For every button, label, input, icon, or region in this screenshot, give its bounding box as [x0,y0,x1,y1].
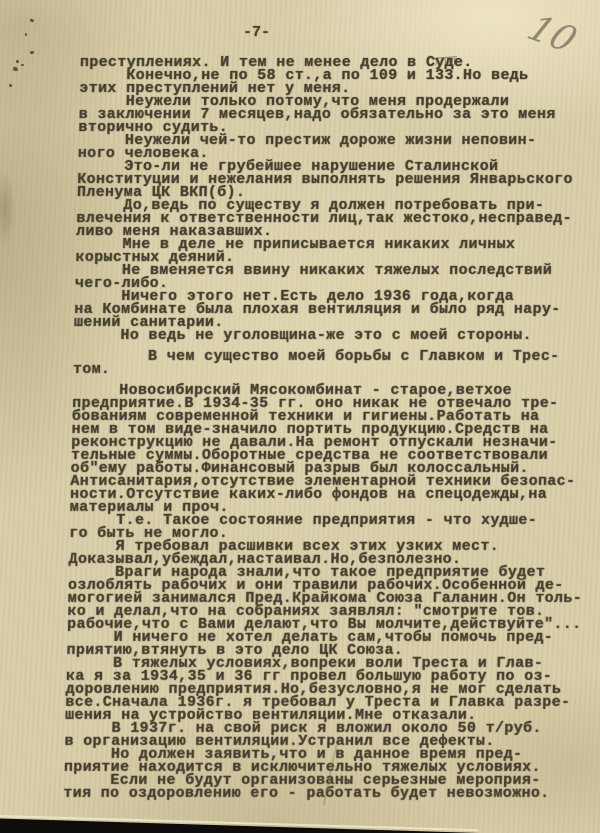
ink-speck [16,60,19,63]
ink-speck [9,84,12,87]
typed-line: Но ведь не уголовщина-же это с моей стор… [74,329,579,342]
typed-page-number: -7- [243,24,270,41]
ink-speck [30,50,35,54]
typed-text-body: преступлениях. И тем не менее дело в Суд… [63,56,585,800]
ink-speck [21,64,24,66]
handwritten-folio-number: 10 [521,8,583,60]
ink-speck [13,66,19,71]
typed-line: тия по оздоровлению его - работать будет… [63,787,568,800]
typed-line: В чем существо моей борьбы с Главком и Т… [73,350,578,363]
paper-stain [0,148,26,268]
ink-speck [30,18,35,23]
ink-speck [25,33,27,36]
scanned-document-page: -7- 10 7.III преступлениях. И тем не мен… [0,0,600,833]
